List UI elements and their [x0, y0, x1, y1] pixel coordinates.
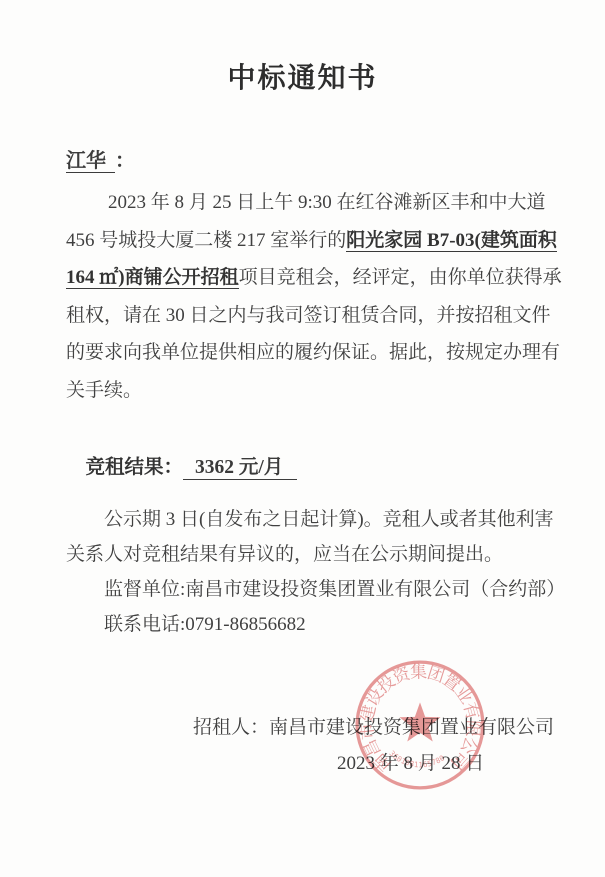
paragraph-line: 租权，请在 30 日之内与我司签订租赁合同，并按招租文件	[66, 297, 566, 335]
line-text: 项目竞租会，经评定，由你单位获得承	[239, 267, 562, 288]
project-name-part1: 阳光家园 B7-03(建筑面积	[346, 230, 557, 252]
paragraph-notice: 公示期 3 日(自发布之日起计算)。竞租人或者其他利害 关系人对竞租结果有异议的…	[66, 502, 566, 642]
addressee-line: 江华：	[66, 144, 135, 173]
seal-number-textpath: 3601081165780	[388, 749, 447, 770]
paragraph-line: 2023 年 8 月 25 日上午 9:30 在红谷滩新区丰和中大道	[66, 184, 566, 222]
project-name-part2: 164 ㎡)商铺公开招租	[66, 267, 239, 289]
paragraph-line: 关手续。	[66, 372, 566, 410]
paragraph-line: 的要求向我单位提供相应的履约保证。据此，按规定办理有	[66, 334, 566, 372]
document-title: 中标通知书	[0, 56, 605, 96]
paragraph-line: 456 号城投大厦二楼 217 室举行的阳光家园 B7-03(建筑面积	[66, 222, 566, 260]
seal-star-icon	[399, 702, 440, 741]
addressee-colon: ：	[115, 150, 135, 172]
seal-number-text: 3601081165780	[388, 749, 447, 770]
paragraph-line: 关系人对竞租结果有异议的，应当在公示期间提出。	[66, 537, 566, 572]
line-text: 456 号城投大厦二楼 217 室举行的	[66, 230, 346, 251]
company-seal: 南昌市建设投资集团置业有限公司 3601081165780	[353, 658, 487, 792]
paragraph-meeting: 2023 年 8 月 25 日上午 9:30 在红谷滩新区丰和中大道 456 号…	[66, 184, 566, 409]
paragraph-line: 164 ㎡)商铺公开招租项目竞租会，经评定，由你单位获得承	[66, 259, 566, 297]
bid-result-line: 竞租结果：3362 元/月	[66, 429, 297, 501]
paragraph-line: 公示期 3 日(自发布之日起计算)。竞租人或者其他利害	[66, 502, 566, 537]
document-page: 中标通知书 江华： 2023 年 8 月 25 日上午 9:30 在红谷滩新区丰…	[0, 0, 605, 877]
phone-line: 联系电话:0791-86856682	[66, 607, 566, 642]
supervisor-line: 监督单位:南昌市建设投资集团置业有限公司（合约部）	[66, 572, 566, 607]
bid-result-value: 3362 元/月	[183, 457, 297, 480]
addressee-name: 江华	[66, 150, 115, 173]
bid-result-label: 竞租结果：	[86, 457, 184, 478]
